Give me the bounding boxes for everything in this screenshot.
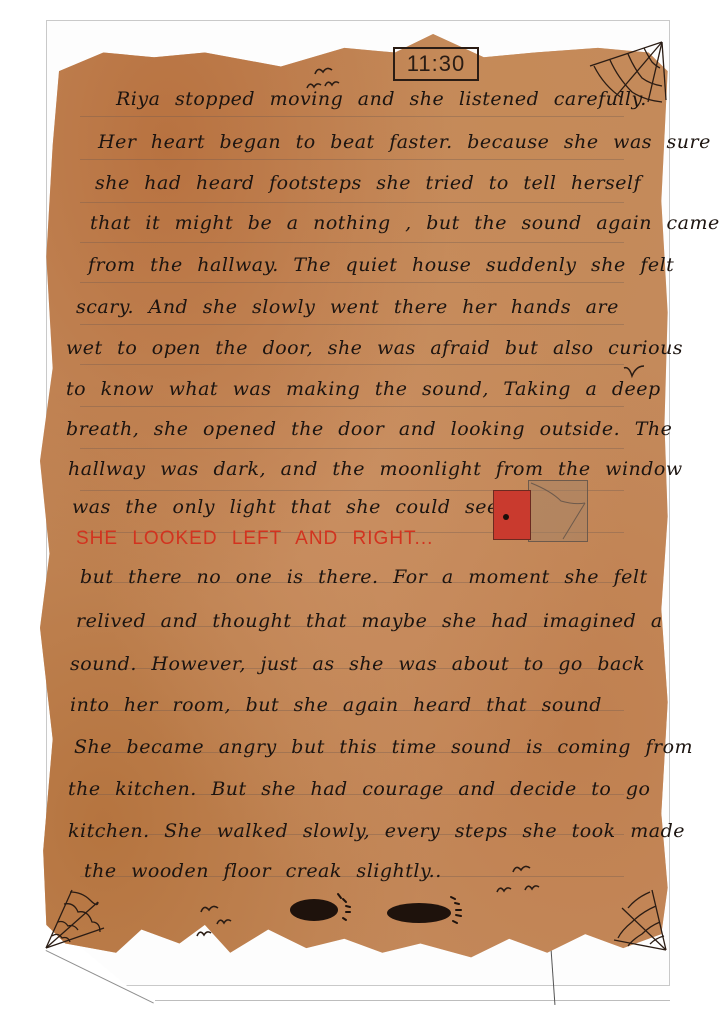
ruled-line (80, 202, 624, 203)
story-line: the kitchen. But she had courage and dec… (68, 778, 650, 800)
ruled-line (80, 448, 624, 449)
story-line: but there no one is there. For a moment … (80, 566, 648, 588)
story-line: sound. However, just as she was about to… (70, 653, 645, 675)
story-line: to know what was making the sound, Takin… (66, 378, 661, 400)
spiderweb-icon (612, 888, 670, 954)
story-line: breath, she opened the door and looking … (66, 418, 672, 440)
sheet-bottom-edge (155, 1000, 670, 1001)
window-icon (528, 480, 588, 542)
spiderweb-icon (44, 888, 106, 952)
story-line: scary. And she slowly went there her han… (76, 296, 619, 318)
story-line: She became angry but this time sound is … (74, 736, 693, 758)
ruled-line (80, 282, 624, 283)
story-line: Her heart began to beat faster. because … (98, 131, 711, 153)
footprint-icon (288, 890, 358, 930)
door-knob (503, 514, 509, 520)
story-line: wet to open the door, she was afraid but… (66, 337, 683, 359)
story-line: into her room, but she again heard that … (70, 694, 602, 716)
story-line: relived and thought that maybe she had i… (76, 610, 663, 632)
bird-icon (195, 900, 245, 950)
ruled-line (80, 242, 624, 243)
bird-icon (495, 860, 555, 905)
story-line: she had heard footsteps she tried to tel… (95, 172, 641, 194)
story-line: was the only light that she could see. (72, 496, 505, 518)
door-icon (493, 490, 531, 540)
bird-icon (622, 362, 646, 380)
time-label: 11:30 (393, 47, 479, 81)
ruled-line (80, 406, 624, 407)
story-line: from the hallway. The quiet house sudden… (88, 254, 674, 276)
story-line: that it might be a nothing , but the sou… (90, 212, 720, 234)
story-line: the wooden floor creak slightly.. (84, 860, 442, 882)
ruled-line (80, 364, 624, 365)
story-line: hallway was dark, and the moonlight from… (68, 458, 683, 480)
footprint-icon (385, 893, 475, 933)
highlight-line: SHE LOOKED LEFT AND RIGHT... (76, 528, 433, 550)
ruled-line (80, 116, 624, 117)
ruled-line (80, 159, 624, 160)
story-line: Riya stopped moving and she listened car… (116, 88, 647, 110)
story-line: kitchen. She walked slowly, every steps … (68, 820, 685, 842)
bird-icon (305, 52, 355, 92)
ruled-line (80, 324, 624, 325)
